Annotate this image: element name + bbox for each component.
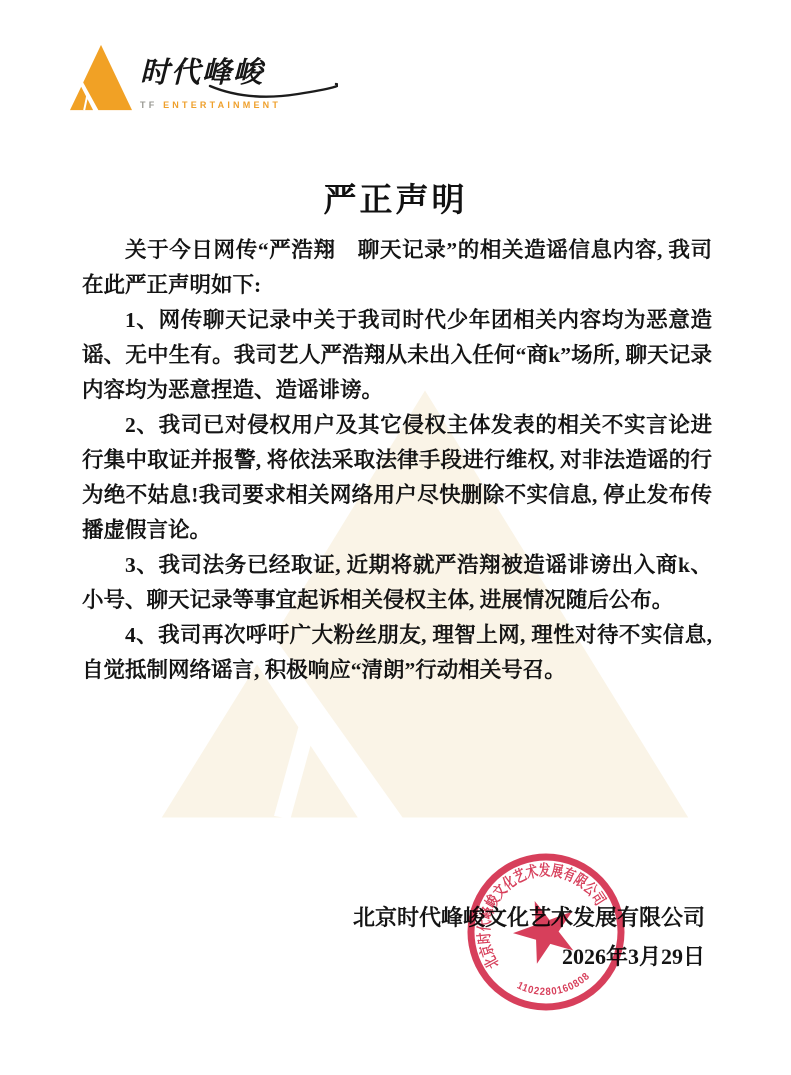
brand-text-block: 时代峰峻 TF ENTERTAINMENT <box>140 50 320 110</box>
statement-document: 时代峰峻 TF ENTERTAINMENT 严正声明 关于今日网传“严浩翔 聊天… <box>0 0 791 1075</box>
statement-title: 严正声明 <box>0 174 791 221</box>
calligraphy-sweep-stroke <box>208 80 338 102</box>
statement-paragraph: 关于今日网传“严浩翔 聊天记录”的相关造谣信息内容, 我司在此严正声明如下: <box>82 233 712 303</box>
statement-paragraph: 2、我司已对侵权用户及其它侵权主体发表的相关不实言论进行集中取证并报警, 将依法… <box>82 408 712 548</box>
seal-star-icon <box>505 890 584 968</box>
company-seal-stamp: 北京时代峰峻文化艺术发展有限公司 1102280160808 <box>465 851 627 1013</box>
statement-body: 关于今日网传“严浩翔 聊天记录”的相关造谣信息内容, 我司在此严正声明如下: 1… <box>82 233 712 688</box>
statement-paragraph: 1、网传聊天记录中关于我司时代少年团相关内容均为恶意造谣、无中生有。我司艺人严浩… <box>82 303 712 408</box>
brand-subtitle-tf: TF <box>140 100 157 110</box>
statement-paragraph: 3、我司法务已经取证, 近期将就严浩翔被造谣诽谤出入商k、小号、聊天记录等事宜起… <box>82 548 712 618</box>
statement-paragraph: 4、我司再次呼吁广大粉丝朋友, 理智上网, 理性对待不实信息, 自觉抵制网络谣言… <box>82 618 712 688</box>
tf-mountain-logo-icon <box>68 42 134 113</box>
